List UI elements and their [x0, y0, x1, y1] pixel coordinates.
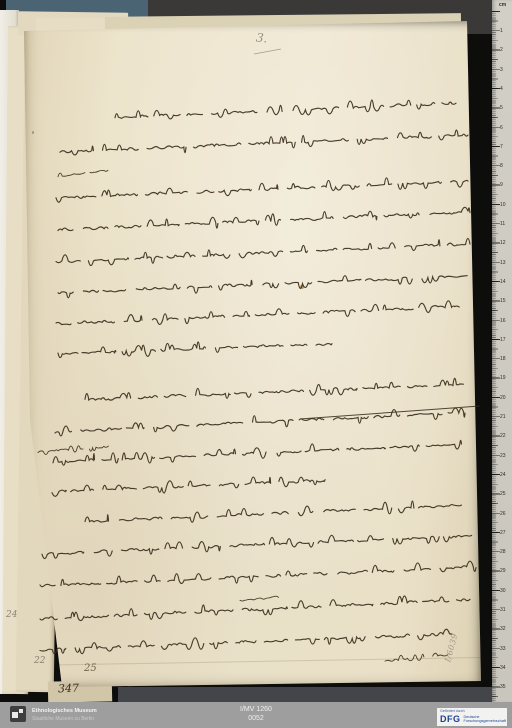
dfg-org-line2: Forschungsgemeinschaft [464, 719, 506, 723]
ruler-cm-label: 12 [500, 240, 506, 246]
ruler-cm-label: 17 [500, 337, 506, 343]
backdrop-bottom-gray [118, 687, 494, 703]
ruler-cm-label: 14 [500, 279, 506, 285]
ruler-cm-label: 8 [500, 163, 503, 169]
shelfmark: I/MV 1260 [0, 706, 512, 713]
footer-bar: Ethnologisches Museum Staatliche Museen … [0, 702, 512, 728]
ink-number-347: 347 [58, 683, 79, 695]
ruler-cm-label: 7 [500, 144, 503, 150]
ruler-cm-label: 19 [500, 375, 506, 381]
folio-number: 3. [255, 31, 268, 44]
ruler-cm-label: 2 [500, 47, 503, 53]
ruler-cm-label: 9 [500, 182, 503, 188]
ruler-cm-label: 15 [500, 298, 506, 304]
ruler-cm-label: 1 [500, 28, 503, 34]
ruler-cm-label: 3 [500, 67, 503, 73]
dfg-logo: Gefördert durch DFG Deutsche Forschungsg… [437, 708, 507, 726]
scan-number: 0052 [0, 715, 512, 722]
paper-speck [32, 131, 34, 134]
ruler-cm-label: 32 [500, 626, 506, 632]
ruler-cm-label: 34 [500, 665, 506, 671]
ruler-cm-label: 20 [500, 395, 506, 401]
pencil-number-24: 24 [6, 611, 17, 620]
ink-fleck [300, 285, 304, 289]
ruler-cm-label: 4 [500, 86, 503, 92]
ruler-cm-label: 21 [500, 414, 506, 420]
manuscript-page [24, 21, 481, 688]
scan-photo: 3. 24 22 25 347 I/6039 cm 12345678910111… [0, 0, 512, 728]
ruler-cm-label: 26 [500, 511, 506, 517]
ruler-cm-label: 6 [500, 125, 503, 131]
ruler: cm 1234567891011121314151617181920212223… [492, 0, 512, 703]
dfg-abbr: DFG [440, 714, 461, 724]
pencil-number-22: 22 [34, 657, 45, 666]
ruler-cm-label: 28 [500, 549, 506, 555]
ruler-cm-label: 25 [500, 491, 506, 497]
ruler-cm-label: 13 [500, 260, 506, 266]
ruler-unit-label: cm [499, 2, 506, 8]
ruler-cm-label: 18 [500, 356, 506, 362]
reference-block: I/MV 1260 0052 [0, 706, 512, 722]
ruler-cm-label: 24 [500, 472, 506, 478]
ruler-cm-label: 5 [500, 105, 503, 111]
ruler-cm-label: 16 [500, 318, 506, 324]
ruler-cm-label: 10 [500, 202, 506, 208]
ruler-cm-label: 23 [500, 453, 506, 459]
ruler-cm-label: 11 [500, 221, 505, 227]
ruler-cm-label: 29 [500, 568, 506, 574]
funding-credit: Gefördert durch [440, 709, 504, 713]
ruler-cm-label: 31 [500, 607, 506, 613]
ruler-cm-label: 30 [500, 588, 506, 594]
pencil-number-25: 25 [84, 664, 97, 674]
ruler-cm-label: 22 [500, 433, 506, 439]
ruler-cm-label: 27 [500, 530, 506, 536]
ruler-cm-label: 33 [500, 646, 506, 652]
dfg-org-name: Deutsche Forschungsgemeinschaft [464, 715, 506, 724]
ruler-cm-label: 35 [500, 684, 506, 690]
